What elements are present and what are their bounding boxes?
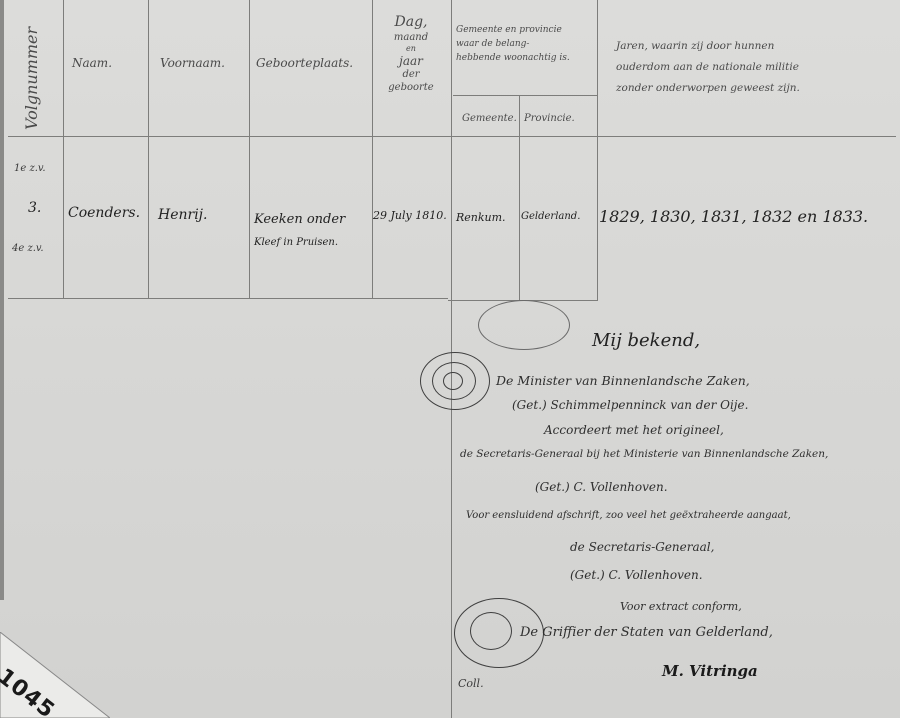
header-voornaam: Voornaam. <box>160 56 225 70</box>
row-bottom-divider <box>8 298 448 299</box>
attestation-eensluidend-afschrift: Voor eensluidend afschrift, zoo veel het… <box>466 510 791 522</box>
header-volgnummer: Volgnummer <box>22 27 41 130</box>
attestation-minister: De Minister van Binnenlandsche Zaken, <box>496 373 750 388</box>
subheader-divider <box>453 95 598 96</box>
header-naam: Naam. <box>72 56 112 70</box>
signature-vitringa: M. Vitringa <box>662 662 758 680</box>
attestation-minister-signed: (Get.) Schimmelpenninck van der Oije. <box>512 398 748 412</box>
header-geboorteplaats: Geboorteplaats. <box>256 56 353 70</box>
header-der: der <box>378 69 444 82</box>
margin-note-top: 1e z.v. <box>14 163 46 175</box>
header-woonplaats-line-3: hebbende woonachtig is. <box>456 52 570 66</box>
row-volgnummer: 3. <box>28 200 41 217</box>
row-geboorteplaats-line-2: Kleef in Pruisen. <box>254 233 345 252</box>
flourish-swirl-top <box>478 300 570 350</box>
col-divider-2 <box>148 0 149 298</box>
row-jaren: 1829, 1830, 1831, 1832 en 1833. <box>599 207 868 226</box>
col-divider-7 <box>597 0 598 300</box>
document-page: Volgnummer Naam. Voornaam. Geboorteplaat… <box>0 0 900 718</box>
header-jaar: jaar <box>378 54 444 69</box>
row-geboorteplaats: Keeken onder Kleef in Pruisen. <box>254 208 345 252</box>
col-divider-1 <box>63 0 64 298</box>
row-naam: Coenders. <box>68 205 140 222</box>
header-woonplaats-group: Gemeente en provincie waar de belang- he… <box>456 24 570 66</box>
header-gemeente: Gemeente. <box>462 113 517 125</box>
row-voornaam: Henrij. <box>158 207 207 224</box>
attestation-vollenhoven-2: (Get.) C. Vollenhoven. <box>570 568 703 582</box>
header-geboorte: geboorte <box>378 82 444 95</box>
header-en: en <box>378 44 444 54</box>
header-geboortedatum: Dag, maand en jaar der geboorte <box>378 14 444 94</box>
header-woonplaats-line-1: Gemeente en provincie <box>456 24 570 38</box>
row-geboortedatum: 29 July 1810. <box>373 209 447 222</box>
coll-note: Coll. <box>458 677 484 690</box>
attestation-vollenhoven-1: (Get.) C. Vollenhoven. <box>535 480 668 494</box>
header-jaren-line-3: zonder onderworpen geweest zijn. <box>616 78 800 99</box>
flourish-swirl-bottom-inner <box>470 612 512 650</box>
header-jaren-line-1: Jaren, waarin zij door hunnen <box>616 36 800 57</box>
header-divider <box>8 136 896 137</box>
attestation-secretaris-generaal: de Secretaris-Generaal, <box>570 540 714 554</box>
attestation-mij-bekend: Mij bekend, <box>592 330 700 352</box>
header-woonplaats-line-2: waar de belang- <box>456 38 570 52</box>
margin-note-bottom: 4e z.v. <box>12 243 44 255</box>
col-divider-3 <box>249 0 250 298</box>
header-jaren: Jaren, waarin zij door hunnen ouderdom a… <box>616 36 800 99</box>
attestation-griffier: De Griffier der Staten van Gelderland, <box>520 625 773 641</box>
col-divider-6 <box>519 96 520 300</box>
header-dag: Dag, <box>378 14 444 32</box>
attestation-accordeert: Accordeert met het origineel, <box>544 423 724 437</box>
page-binding-edge <box>0 0 4 600</box>
attestation-secretaris-generaal-ministerie: de Secretaris-Generaal bij het Ministeri… <box>460 448 828 461</box>
row-geboorteplaats-line-1: Keeken onder <box>254 208 345 233</box>
attestation-extract-conform: Voor extract conform, <box>620 600 742 613</box>
col-divider-4 <box>372 0 373 298</box>
row-provincie: Gelderland. <box>521 211 580 223</box>
header-jaren-line-2: ouderdom aan de nationale militie <box>616 57 800 78</box>
header-maand: maand <box>378 32 444 45</box>
row-gemeente: Renkum. <box>456 211 506 224</box>
flourish-swirl-core <box>443 372 463 390</box>
header-provincie: Provincie. <box>524 113 575 125</box>
